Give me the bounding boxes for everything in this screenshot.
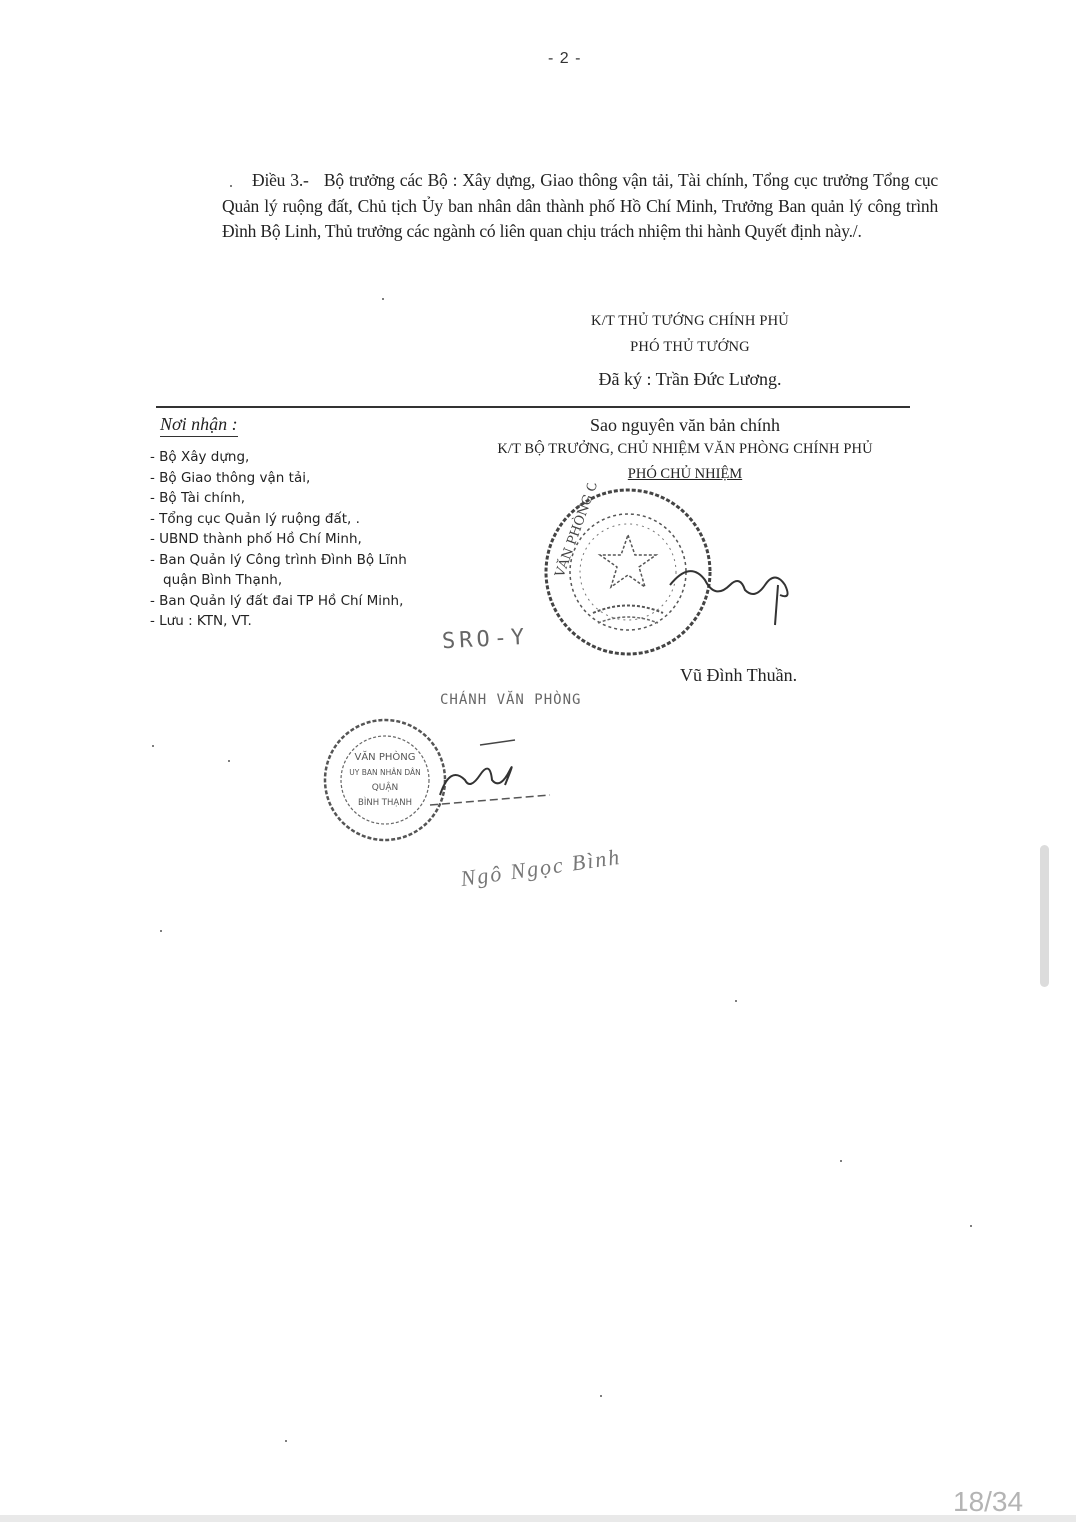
signer-title: K/T THỦ TƯỚNG CHÍNH PHỦ bbox=[530, 313, 850, 339]
svg-text:QUẬN: QUẬN bbox=[372, 781, 399, 793]
recipient-item: - Ban Quản lý Công trình Đình Bộ Lĩnh bbox=[150, 550, 450, 571]
page-number: - 2 - bbox=[548, 50, 581, 68]
copy-authority: K/T BỘ TRƯỞNG, CHỦ NHIỆM VĂN PHÒNG CHÍNH… bbox=[470, 441, 900, 466]
scan-speck bbox=[840, 1160, 842, 1162]
svg-text:VĂN PHÒNG: VĂN PHÒNG bbox=[355, 750, 416, 763]
copy-signer-name: Vũ Đình Thuần. bbox=[680, 665, 797, 686]
recipient-item: - Tổng cục Quản lý ruộng đất, . bbox=[150, 509, 450, 530]
recipient-item: - Bộ Giao thông vận tải, bbox=[150, 468, 450, 489]
signer-position: PHÓ THỦ TƯỚNG bbox=[530, 339, 850, 369]
article-text: Bộ trưởng các Bộ : Xây dựng, Giao thông … bbox=[222, 170, 938, 241]
vertical-scrollbar[interactable] bbox=[1040, 845, 1049, 987]
scan-speck bbox=[160, 930, 162, 932]
scan-speck bbox=[600, 1395, 602, 1397]
signer-block: K/T THỦ TƯỚNG CHÍNH PHỦ PHÓ THỦ TƯỚNG Đã… bbox=[530, 313, 850, 397]
signature-icon bbox=[660, 555, 810, 630]
scan-speck bbox=[228, 760, 230, 762]
page-indicator: 18/34 bbox=[953, 1486, 1023, 1518]
divider bbox=[156, 406, 910, 408]
office-chief-title: CHÁNH VĂN PHÒNG bbox=[440, 692, 581, 708]
district-signature-icon bbox=[420, 735, 560, 825]
document-page: - 2 - Điều 3.- Bộ trưởng các Bộ : Xây dự… bbox=[0, 0, 1076, 1515]
recipient-item: - Lưu : KTN, VT. bbox=[150, 611, 450, 632]
svg-text:VĂN PHÒNG CHÍNH PHỦ: VĂN PHÒNG CHÍNH PHỦ bbox=[550, 483, 627, 580]
scan-speck bbox=[230, 185, 232, 187]
recipient-item: - UBND thành phố Hồ Chí Minh, bbox=[150, 529, 450, 550]
recipients-heading: Nơi nhận : bbox=[160, 414, 238, 437]
svg-text:UY BAN NHÂN DÂN: UY BAN NHÂN DÂN bbox=[349, 768, 420, 777]
scan-speck bbox=[152, 745, 154, 747]
scan-speck bbox=[285, 1440, 287, 1442]
article-label: Điều 3.- bbox=[252, 170, 309, 190]
scan-speck bbox=[970, 1225, 972, 1227]
handwritten-name: Ngô Ngọc Bình bbox=[459, 844, 623, 892]
stamp-code: SRO-Y bbox=[441, 625, 528, 654]
signer-signed: Đã ký : Trần Đức Lương. bbox=[530, 369, 850, 397]
recipient-item: - Bộ Tài chính, bbox=[150, 488, 450, 509]
copy-line: Sao nguyên văn bản chính bbox=[470, 415, 900, 441]
copy-certification: Sao nguyên văn bản chính K/T BỘ TRƯỞNG, … bbox=[470, 415, 900, 488]
recipients-list: Nơi nhận : - Bộ Xây dựng, - Bộ Giao thôn… bbox=[150, 414, 450, 632]
recipient-item: quận Bình Thạnh, bbox=[150, 570, 450, 591]
viewer-bottom-edge bbox=[0, 1515, 1076, 1522]
article-3: Điều 3.- Bộ trưởng các Bộ : Xây dựng, Gi… bbox=[222, 168, 938, 245]
scan-speck bbox=[382, 298, 384, 300]
recipient-item: - Ban Quản lý đất đai TP Hồ Chí Minh, bbox=[150, 591, 450, 612]
scan-speck bbox=[735, 1000, 737, 1002]
svg-text:BÌNH THẠNH: BÌNH THẠNH bbox=[358, 796, 412, 808]
recipient-item: - Bộ Xây dựng, bbox=[150, 447, 450, 468]
